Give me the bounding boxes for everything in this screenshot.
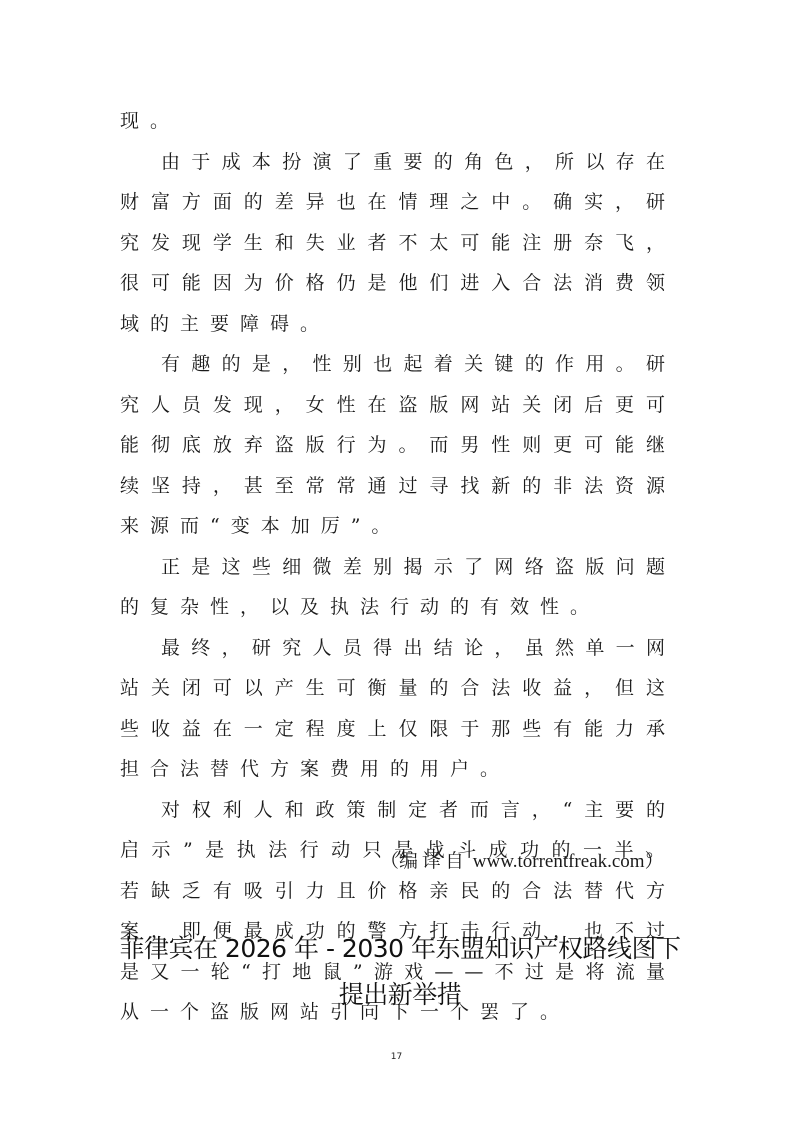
paragraph-gender: 有趣的是，性别也起着关键的作用。研究人员发现，女性在盗版网站关闭后更可能彻底放弃… [120, 344, 676, 547]
source-prefix: 编译自 [399, 851, 468, 872]
paragraph-conclusion: 最终，研究人员得出结论，虽然单一网站关闭可以产生可衡量的合法收益，但这些收益在一… [120, 628, 676, 790]
paragraph-continuation: 现。 [120, 101, 676, 142]
source-url: www.torrentfreak.com [473, 851, 645, 872]
source-close-paren: ） [645, 851, 664, 872]
document-page: 现。 由于成本扮演了重要的角色，所以存在财富方面的差异也在情理之中。确实，研究发… [0, 0, 793, 1122]
paragraph-nuance: 正是这些细微差别揭示了网络盗版问题的复杂性，以及执法行动的有效性。 [120, 547, 676, 628]
next-article-title: 菲律宾在 2026 年 - 2030 年东盟知识产权路线图下提出新举措 [110, 926, 690, 1018]
source-open-paren: （ [380, 851, 399, 872]
paragraph-cost-wealth: 由于成本扮演了重要的角色，所以存在财富方面的差异也在情理之中。确实，研究发现学生… [120, 142, 676, 345]
article-body: 现。 由于成本扮演了重要的角色，所以存在财富方面的差异也在情理之中。确实，研究发… [120, 101, 676, 1033]
page-number: 17 [0, 1052, 793, 1062]
source-attribution: （编译自 www.torrentfreak.com） [380, 842, 680, 882]
